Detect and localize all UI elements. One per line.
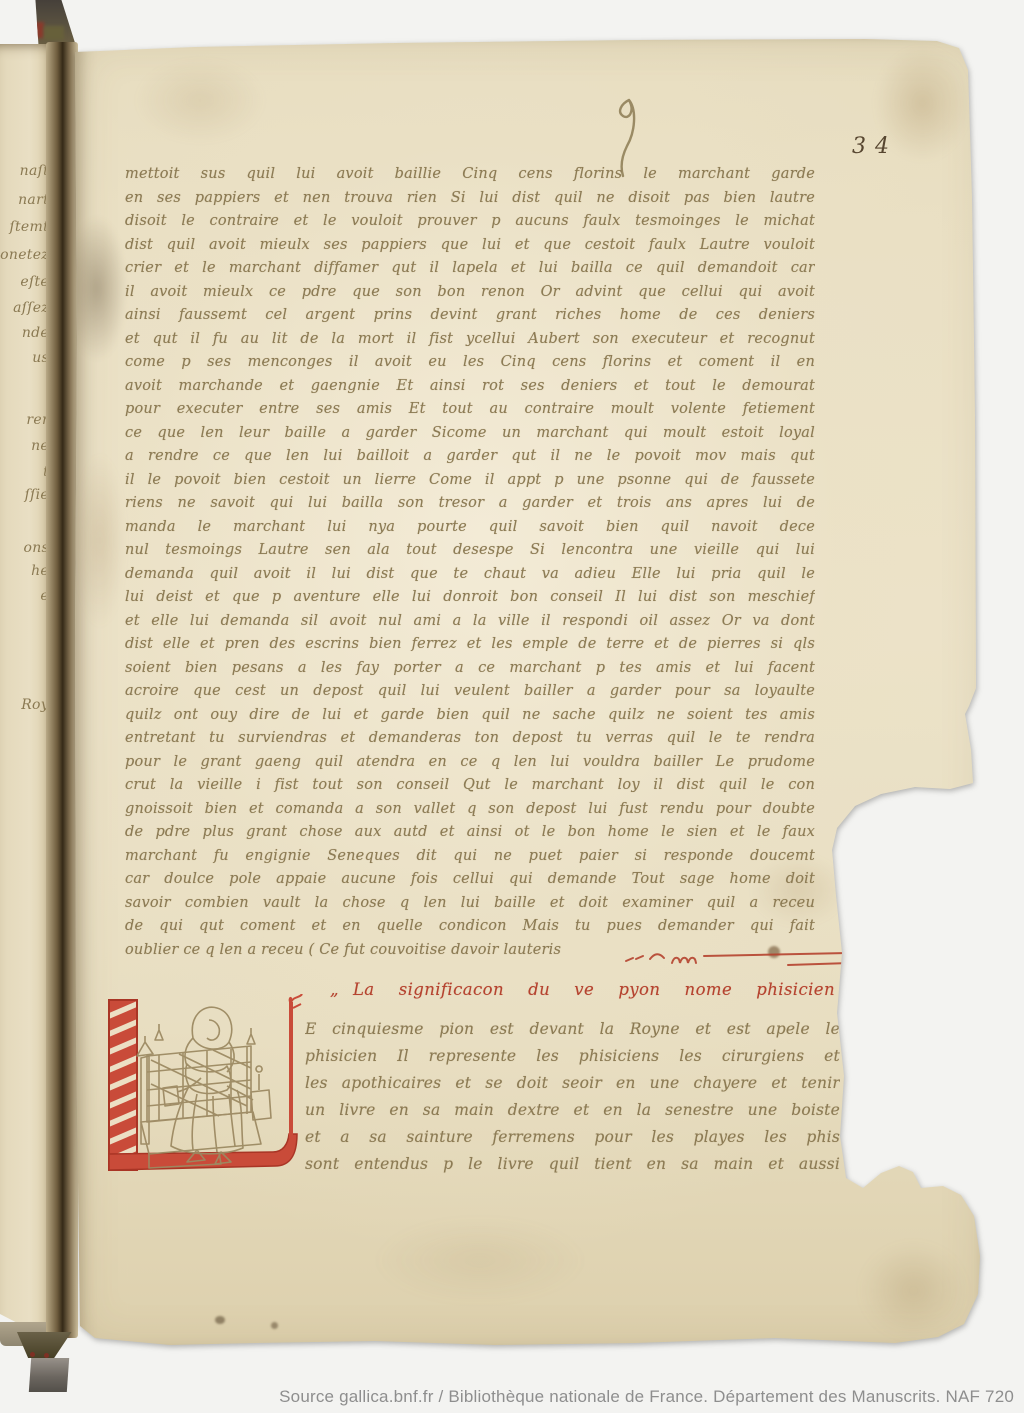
headband-red-thread (29, 22, 44, 38)
stain (135, 58, 265, 143)
folio-number: 34 (852, 134, 942, 168)
stain (375, 1218, 585, 1303)
text-line: de pdre plus grant chose aux autd et ain… (125, 824, 815, 848)
ink-spot (215, 1316, 225, 1324)
illuminated-initial-L (101, 994, 305, 1182)
text-line: E cinquiesme pion est devant la Royne et… (305, 1020, 840, 1047)
stain (75, 453, 125, 628)
text-line: acroire que cest un depost quil lui veul… (125, 683, 815, 707)
text-line: et a sa sainture ferremens pour les play… (305, 1128, 840, 1155)
page-wrap: 34 mettoit sus quil lui avoit baillie Ci… (75, 38, 985, 1348)
text-line: savoir combien vault la chose q len lui … (125, 895, 815, 919)
headband-olive-thread (44, 26, 64, 40)
text-line: pour le grant gaeng quil atendra en ce q… (125, 754, 815, 778)
text-line: ce que len leur baille a garder Sicome u… (125, 425, 815, 449)
text-line: il le povoit bien cestoit un lierre Come… (125, 472, 815, 496)
text-line: lui deist et que p aventure elle lui don… (125, 589, 815, 613)
text-line: soient bien pesans a les fay porter a ce… (125, 660, 815, 684)
text-line: de qui qut coment et en quelle condicon … (125, 918, 815, 942)
margin-fragment: ſtemt (10, 219, 50, 235)
text-line: les apothicaires et se doit seoir en une… (305, 1074, 840, 1101)
text-line: ainsi faussemt cel argent prins devint g… (125, 307, 815, 331)
rubric-line: „La significacon du ve pyon nome phisici… (330, 980, 835, 1008)
source-caption: Source gallica.bnf.fr / Bibliothèque nat… (0, 1383, 1024, 1413)
text-line: mettoit sus quil lui avoit baillie Cinq … (125, 166, 815, 190)
spine-red-dot (30, 1352, 35, 1357)
book-headband (24, 0, 76, 46)
text-line: crut la vieille i fist tout son conseil … (125, 777, 815, 801)
text-line: pour executer entre ses amis Et tout au … (125, 401, 815, 425)
text-line: il avoit mieulx ce pdre que son bon reno… (125, 284, 815, 308)
stain (67, 216, 127, 361)
red-line-filler (620, 946, 850, 972)
text-line: come p ses menconges il avoit eu les Cin… (125, 354, 815, 378)
physician-drawing (137, 1007, 271, 1168)
text-line: a rendre ce que len lui bailloit a garde… (125, 448, 815, 472)
initial-letter-red (109, 994, 302, 1170)
text-line: un livre en sa main dextre et en la sene… (305, 1101, 840, 1128)
text-line: riens ne savoit qui lui bailla son treso… (125, 495, 815, 519)
text-line: marchant fu engignie Seneques dit qui ne… (125, 848, 815, 872)
manuscript-photo: naſt nart ſtemt onetez eſte aſſez nde us… (0, 0, 1024, 1413)
paraph-mark: „ (330, 980, 339, 999)
text-line: avoit marchande et gaengnie Et ainsi rot… (125, 378, 815, 402)
text-line: dist elle et pren des escrins bien ferre… (125, 636, 815, 660)
margin-fragment: Roy (21, 697, 49, 713)
text-line: et qut il fu au lit de la mort il fist y… (125, 331, 815, 355)
margin-fragment: naſt (20, 163, 49, 179)
text-line: car doulce pole appaie aucune fois cellu… (125, 871, 815, 895)
stain (861, 1243, 966, 1338)
margin-fragment: onetez (0, 247, 49, 263)
text-line: disoit le contraire et le vouloit prouve… (125, 213, 815, 237)
manuscript-page: 34 mettoit sus quil lui avoit baillie Ci… (75, 38, 985, 1348)
text-line: nul tesmoings Lautre sen ala tout desesp… (125, 542, 815, 566)
source-caption-text: Source gallica.bnf.fr / Bibliothèque nat… (279, 1387, 1014, 1406)
margin-fragment: eſte (20, 274, 49, 290)
text-line: phisicien Il represente les phisiciens l… (305, 1047, 840, 1074)
text-line: et elle lui demanda sil avoit nul ami a … (125, 613, 815, 637)
text-line: sont entendus p le livre quil tient en s… (305, 1155, 840, 1182)
text-line: entretant tu surviendras et demanderas t… (125, 730, 815, 754)
text-line: quilz ont ouy dire de lui et garde bien … (125, 707, 815, 731)
text-line: en ses pappiers et nen trouva rien Si lu… (125, 190, 815, 214)
rubric-text: La significacon du ve pyon nome phisicie… (353, 980, 835, 999)
text-line: demanda quil avoit il lui dist que te ch… (125, 566, 815, 590)
book-gutter (46, 42, 78, 1338)
margin-fragment: nart (18, 192, 49, 208)
margin-fragment: aſſez (13, 300, 49, 316)
text-line: manda le marchant lui nya pourte quil sa… (125, 519, 815, 543)
margin-fragment: nde (22, 325, 49, 341)
text-line: dist quil avoit mieulx ses pappiers que … (125, 237, 815, 261)
text-line: crier et le marchant diffamer qut il lap… (125, 260, 815, 284)
text-line: gnoissoit bien et comanda a son vallet q… (125, 801, 815, 825)
ink-spot (271, 1322, 278, 1329)
